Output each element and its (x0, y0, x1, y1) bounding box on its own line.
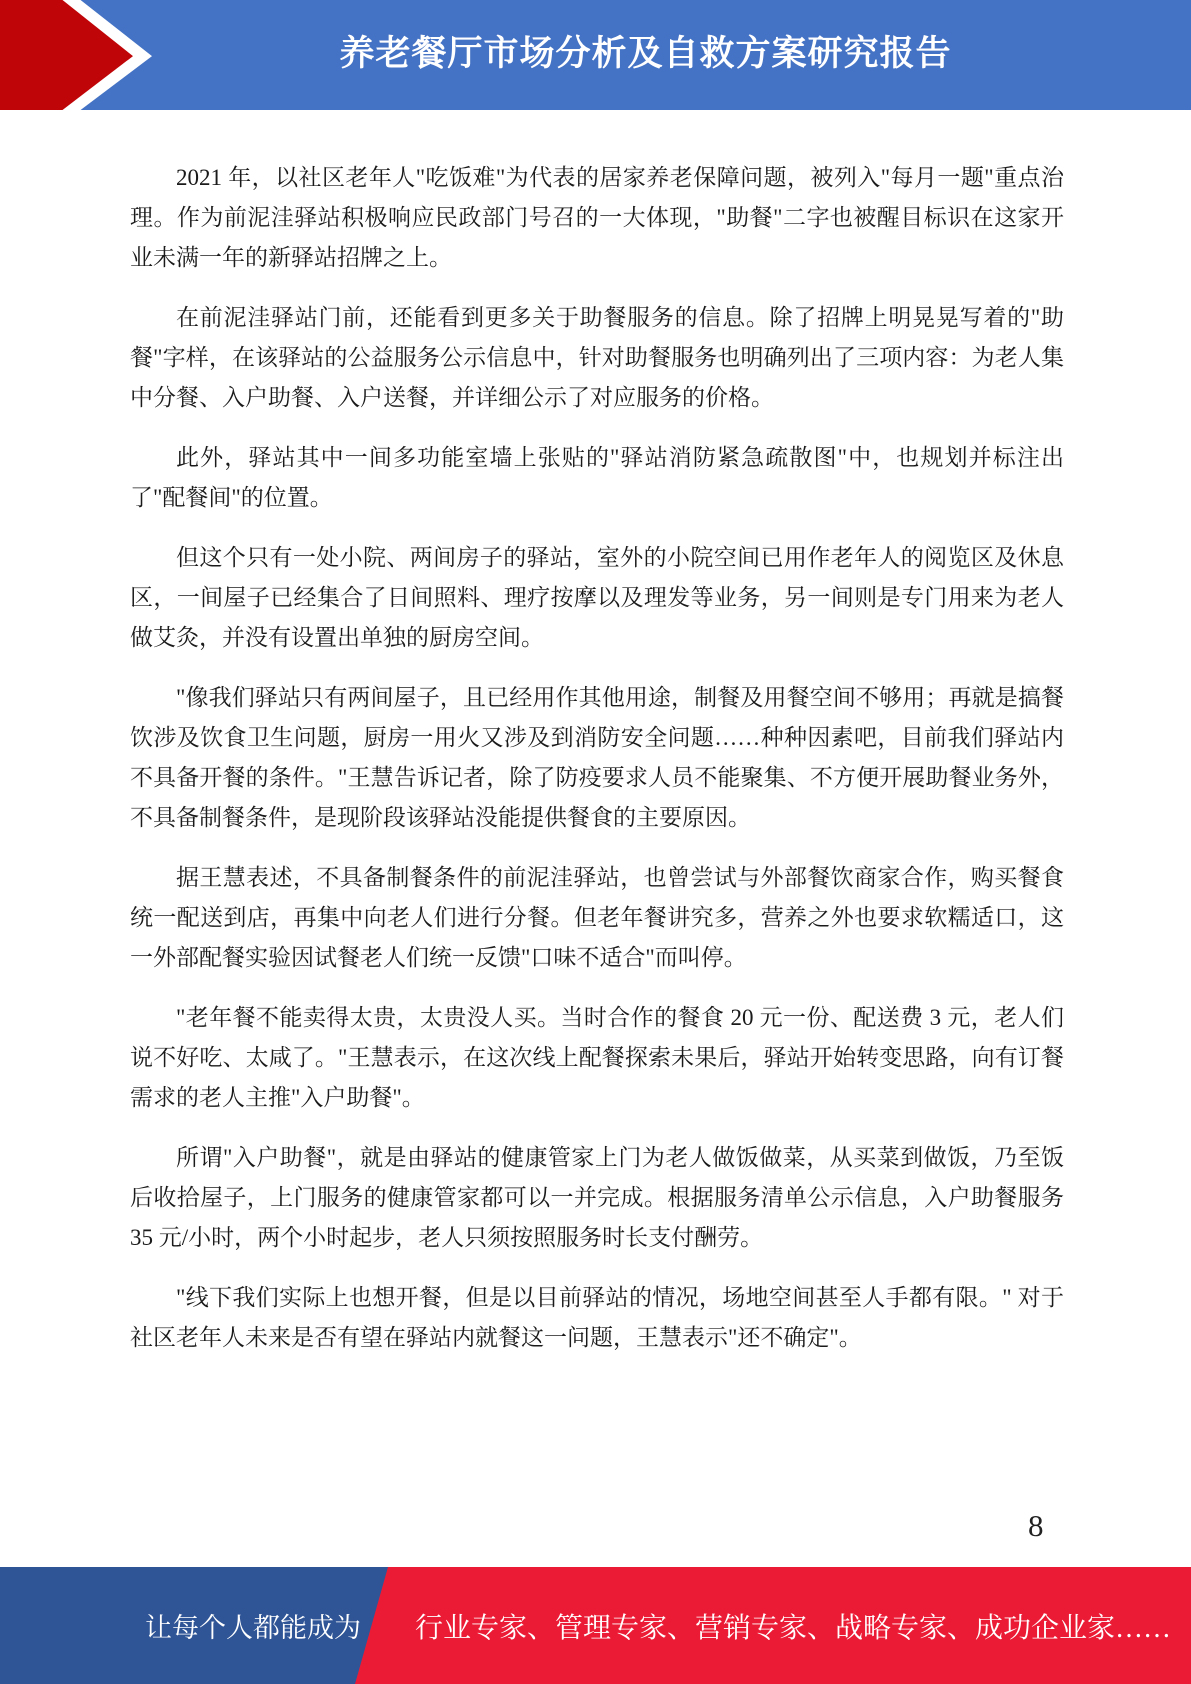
paragraph: "老年餐不能卖得太贵，太贵没人买。当时合作的餐食 20 元一份、配送费 3 元，… (130, 998, 1064, 1118)
red-arrow-icon (0, 0, 133, 110)
report-page: 养老餐厅市场分析及自救方案研究报告 2021 年，以社区老年人"吃饭难"为代表的… (0, 0, 1191, 1684)
page-header: 养老餐厅市场分析及自救方案研究报告 (0, 0, 1191, 110)
paragraph: "线下我们实际上也想开餐，但是以目前驿站的情况，场地空间甚至人手都有限。" 对于… (130, 1278, 1064, 1358)
document-body: 2021 年，以社区老年人"吃饭难"为代表的居家养老保障问题，被列入"每月一题"… (130, 158, 1064, 1378)
page-number: 8 (1028, 1508, 1044, 1544)
page-title: 养老餐厅市场分析及自救方案研究报告 (160, 0, 1131, 102)
paragraph: 所谓"入户助餐"，就是由驿站的健康管家上门为老人做饭做菜，从买菜到做饭，乃至饭后… (130, 1138, 1064, 1258)
paragraph: 2021 年，以社区老年人"吃饭难"为代表的居家养老保障问题，被列入"每月一题"… (130, 158, 1064, 278)
footer-slogan-right: 行业专家、管理专家、营销专家、战略专家、成功企业家…… (415, 1567, 1171, 1684)
paragraph: 但这个只有一处小院、两间房子的驿站，室外的小院空间已用作老年人的阅览区及休息区，… (130, 538, 1064, 658)
footer-slogan-left: 让每个人都能成为 (145, 1567, 361, 1684)
paragraph: 在前泥洼驿站门前，还能看到更多关于助餐服务的信息。除了招牌上明晃晃写着的"助餐"… (130, 298, 1064, 418)
paragraph: 此外，驿站其中一间多功能室墙上张贴的"驿站消防紧急疏散图"中，也规划并标注出了"… (130, 438, 1064, 518)
paragraph: 据王慧表述，不具备制餐条件的前泥洼驿站，也曾尝试与外部餐饮商家合作，购买餐食统一… (130, 858, 1064, 978)
page-footer: 让每个人都能成为 行业专家、管理专家、营销专家、战略专家、成功企业家…… (0, 1567, 1191, 1684)
paragraph: "像我们驿站只有两间屋子，且已经用作其他用途，制餐及用餐空间不够用；再就是搞餐饮… (130, 678, 1064, 838)
